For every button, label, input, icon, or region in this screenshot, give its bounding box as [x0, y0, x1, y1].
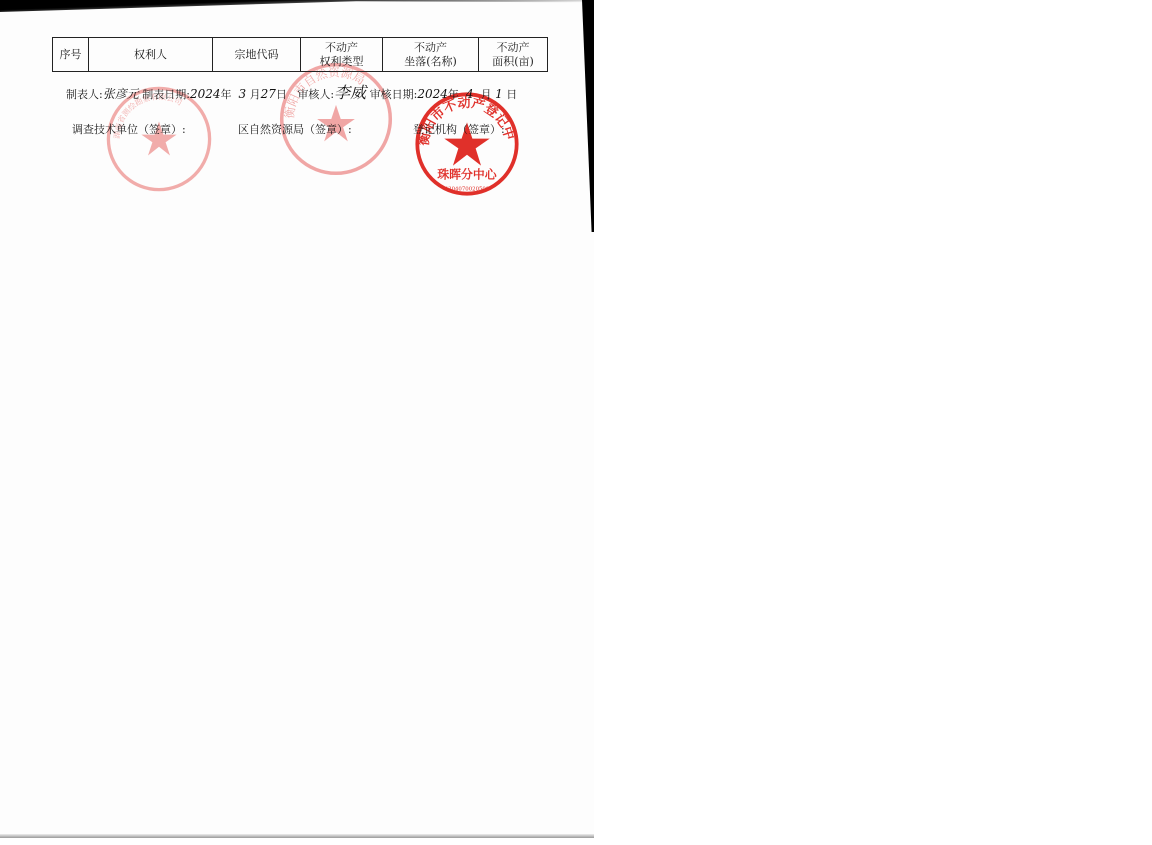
review-day: 1: [495, 87, 503, 101]
prep-date-label: 制表日期:: [142, 88, 190, 101]
registry-seal-code: 4304070020508: [445, 186, 490, 192]
preparer-signature: 张彦元: [103, 87, 139, 101]
header-parcel-code: 宗地代码: [213, 38, 301, 72]
registry-seal: 衡阳市不动产登记中心 珠晖分中心 4304070020508: [410, 90, 524, 198]
reviewer-label: 审核人:: [297, 88, 334, 101]
reviewer-signature: 李威: [334, 83, 366, 102]
signoff-line: 制表人:张彦元 制表日期:2024年 3 月27日 审核人:李威 审核日期:20…: [66, 80, 517, 103]
scan-right-edge: [582, 0, 594, 232]
review-year: 2024: [417, 87, 448, 101]
property-table-header: 序号 权利人 宗地代码 不动产权利类型 不动产坐落(名称) 不动产面积(亩): [52, 37, 548, 72]
review-month: 4: [466, 87, 474, 101]
scanned-page: 湖南省测绘勘察有限公司 衡阳市自然资源局 衡阳市不动产登记中心 珠晖分中心 43…: [0, 0, 594, 838]
prep-month: 3: [239, 87, 247, 101]
review-date-label: 审核日期:: [370, 88, 418, 101]
prep-day: 27: [261, 87, 276, 101]
scan-top-edge: [0, 0, 594, 12]
header-right-type: 不动产权利类型: [301, 38, 383, 72]
resource-bureau-label: 区自然资源局（签章）:: [238, 121, 352, 137]
registry-label: 登记机构（签章）:: [413, 121, 505, 137]
survey-unit-label: 调查技术单位（签章）:: [72, 121, 186, 137]
bureau-seal: 衡阳市自然资源局: [276, 60, 396, 178]
prep-year: 2024: [190, 87, 221, 101]
scan-bottom-edge: [0, 834, 594, 838]
header-location: 不动产坐落(名称): [383, 38, 479, 72]
preparer-label: 制表人:: [66, 88, 103, 101]
header-serial: 序号: [53, 38, 89, 72]
header-rights-holder: 权利人: [89, 38, 213, 72]
registry-seal-subtext: 珠晖分中心: [437, 168, 497, 182]
header-area: 不动产面积(亩): [479, 38, 548, 72]
